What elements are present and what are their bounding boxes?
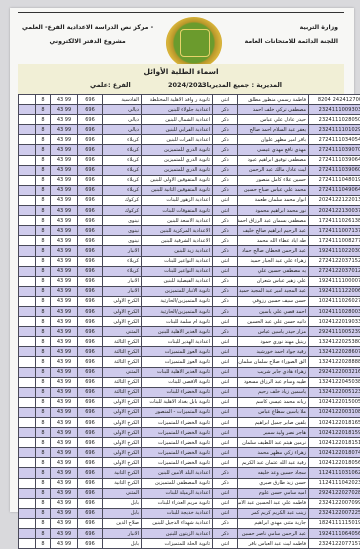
table-row: 5112724122037012يه مصطفى حسين عليانثىاعد… [19, 266, 360, 276]
school-name-cell: اعدادية الرميلة للبنات [142, 488, 213, 498]
table-row: 5332924122027028اميه سامي حسن علومانثىاع… [19, 488, 360, 498]
student-name-cell: يعقر عبد السلام احمد صالح [238, 125, 309, 135]
subject-count-cell: 8 [36, 145, 51, 155]
subject-count-cell: 8 [36, 397, 51, 407]
subject-count-cell: 8 [36, 115, 51, 125]
total-score-cell: 696 [78, 478, 103, 488]
gender-cell: انثى [213, 498, 238, 508]
directorate-cell: بابل [103, 498, 142, 508]
blank-cell [19, 327, 36, 337]
blank-cell [19, 418, 36, 428]
subject-count-cell: 8 [36, 266, 51, 276]
subject-count-cell: 8 [36, 195, 51, 205]
directorate-cell: كربلاء [103, 175, 142, 185]
table-row: 5081724111008277طه اياد عطاء الله محمدذك… [19, 236, 360, 246]
exam-number-cell: 1324122028888 [309, 357, 360, 367]
total-score-cell: 696 [78, 306, 103, 316]
subject-count-cell: 8 [36, 488, 51, 498]
directorate-cell: الكرخ الاولى [103, 418, 142, 428]
student-name-cell: فاطمة رسمي منظور مطلق [238, 95, 309, 105]
gender-cell: ذكر [213, 105, 238, 115]
school-name-cell: اعدادية الهدير للبنات [142, 337, 213, 347]
blank-cell [19, 155, 36, 165]
directorate-cell: الكرخ الثانية [103, 468, 142, 478]
gender-cell: ذكر [213, 296, 238, 306]
average-score-cell: 99 43 [51, 327, 78, 337]
directorate-cell: نينوى [103, 216, 142, 226]
exam-number-cell: 1024122018159 [309, 428, 360, 438]
blank-cell [19, 407, 36, 417]
exam-number-cell: 2024122122013 [309, 195, 360, 205]
directorate-cell: كربلاء [103, 155, 142, 165]
gender-cell: انثى [213, 95, 238, 105]
average-score-cell: 99 43 [51, 438, 78, 448]
subject-count-cell: 8 [36, 185, 51, 195]
blank-cell [19, 458, 36, 468]
exam-number-cell: 1024122003108 [309, 407, 360, 417]
exam-number-cell: 1324122028607 [309, 347, 360, 357]
average-score-cell: 99 43 [51, 226, 78, 236]
directorate-cell: الانبار [103, 246, 142, 256]
gender-cell: ذكر [213, 327, 238, 337]
subject-count-cell: 8 [36, 407, 51, 417]
gender-cell: ذكر [213, 135, 238, 145]
ministry-emblem-icon [166, 17, 222, 69]
exam-number-cell: 2024122130037 [309, 206, 360, 216]
blank-cell [19, 357, 36, 367]
directorate-cell: الكرخ الثالثة [103, 337, 142, 347]
subject-count-cell: 8 [36, 478, 51, 488]
school-name-cell: الاعدادية المركزية للبنين [142, 226, 213, 236]
directorate-cell: كربلاء [103, 135, 142, 145]
blank-cell [19, 428, 36, 438]
total-score-cell: 696 [78, 286, 103, 296]
exam-number-cell: 1024111026027 [309, 296, 360, 306]
gender-cell: ذكر [213, 185, 238, 195]
blank-cell [19, 165, 36, 175]
total-score-cell: 696 [78, 357, 103, 367]
directorate-cell: الكرخ الاولى [103, 428, 142, 438]
total-score-cell: 696 [78, 266, 103, 276]
school-name-cell: ثانوية العوز للمتميزات [142, 347, 213, 357]
school-name-cell: اعدادية الفرابي للبنين [142, 125, 213, 135]
student-name-cell: زهراء علي عبد الجبار حميد [238, 256, 309, 266]
blank-cell [19, 387, 36, 397]
gender-cell: انثى [213, 266, 238, 276]
directorate-cell: كربلاء [103, 185, 142, 195]
total-score-cell: 696 [78, 115, 103, 125]
blank-cell [19, 206, 36, 216]
table-row: 5241024122015005ريانه محمد عيسى كاسمانثى… [19, 397, 360, 407]
directorate-cell: كركوك [103, 206, 142, 216]
student-name-cell: زينب عبد الكريم كريم كمر [238, 508, 309, 512]
exam-number-cell: 1724111026138 [309, 216, 360, 226]
subject-count-cell: 8 [36, 95, 51, 105]
total-score-cell: 696 [78, 317, 103, 327]
emblem-book-icon [180, 29, 210, 57]
total-score-cell: 696 [78, 377, 103, 387]
table-row: 4952324111009303مصطفى تركي خلف احمدذكراع… [19, 105, 360, 115]
school-name-cell: ثانوية الدري للمتميزين [142, 145, 213, 155]
directorate-cell: ديالى [103, 105, 142, 115]
table-row: 5131924111122006عبد المجيد امير عبد المج… [19, 286, 360, 296]
blank-cell [19, 145, 36, 155]
directorate-cell: المثنى [103, 367, 142, 377]
subject-count-cell: 8 [36, 306, 51, 316]
school-name-cell: ثانوية العوز للمتميزات [142, 357, 213, 367]
total-score-cell: 696 [78, 256, 103, 266]
average-score-cell: 99 43 [51, 206, 78, 216]
blank-cell [19, 306, 36, 316]
directorate-cell: ديالى [103, 125, 142, 135]
exam-number-cell: 2324111028050 [309, 115, 360, 125]
directorate-label: المديرية : جميع المديريات [200, 81, 282, 89]
exam-number-cell: 2324122007099 [309, 498, 360, 508]
table-row: 5102724122037152زهراء علي عبد الجبار حمي… [19, 256, 360, 266]
gender-cell: انثى [213, 508, 238, 512]
average-score-cell: 99 43 [51, 508, 78, 512]
table-row: 5281024122018151نرمين هيثم عبد اللطيف سل… [19, 438, 360, 448]
subject-count-cell: 8 [36, 357, 51, 367]
table-row: 5352324122007225زينب عبد الكريم كريم كمر… [19, 508, 360, 512]
title-band: اسماء الطلبة الأوائل المديرية : جميع الم… [18, 64, 344, 94]
school-name-cell: ثانوية الخضراء للمتميزات [142, 428, 213, 438]
average-score-cell: 99 43 [51, 448, 78, 458]
gender-cell: انثى [213, 357, 238, 367]
directorate-cell: الكرخ الاولى [103, 306, 142, 316]
subject-count-cell: 8 [36, 236, 51, 246]
exam-number-cell: 2924122027028 [309, 488, 360, 498]
gender-cell: ذكر [213, 165, 238, 175]
average-score-cell: 99 43 [51, 195, 78, 205]
blank-cell [19, 195, 36, 205]
directorate-cell: المثنى [103, 488, 142, 498]
total-score-cell: 696 [78, 347, 103, 357]
directorate-cell: الكرخ الاولى [103, 407, 142, 417]
total-score-cell: 696 [78, 125, 103, 135]
subject-count-cell: 8 [36, 135, 51, 145]
school-name-cell: اعدادية الشمال للبنين [142, 115, 213, 125]
table-row: 5231324122005123ياسمين زياد خلف رحيمانثى… [19, 387, 360, 397]
school-name-cell: ثانوية المتميزات - المنصور [142, 407, 213, 417]
subject-count-cell: 8 [36, 165, 51, 175]
gender-cell: انثى [213, 428, 238, 438]
school-name-cell: اعدادية جلولاء للبنين [142, 105, 213, 115]
directorate-cell: بابل [103, 508, 142, 512]
exam-number-cell: 2324111101029 [309, 125, 360, 135]
average-score-cell: 99 43 [51, 185, 78, 195]
exam-number-cell: 2324122007225 [309, 508, 360, 512]
directorate-cell: الكرخ الاولى [103, 458, 142, 468]
blank-cell [19, 317, 36, 327]
table-row: 4992724111039070مهدي نافع مهدي عيسىذكرثا… [19, 145, 360, 155]
table-row: 5251024122003108ملا ياسين سطاع عباسانثىث… [19, 407, 360, 417]
table-row: 5221324122045038طيبه وسام عبد الرزاق مسع… [19, 377, 360, 387]
table-row: 5342324122007099فاطمه علي عبد الحسين عبد… [19, 498, 360, 508]
table-row: 5151024111028003احمد قصي علي ياسينذكرثان… [19, 306, 360, 316]
subject-count-cell: 8 [36, 367, 51, 377]
subject-count-cell: 8 [36, 256, 51, 266]
student-name-cell: زهراء هادي جابر شريب [238, 367, 309, 377]
subject-count-cell: 8 [36, 387, 51, 397]
total-score-cell: 696 [78, 185, 103, 195]
gender-cell: انثى [213, 418, 238, 428]
table-row: 494242412700 8204فاطمة رسمي منظور مطلقان… [19, 95, 360, 105]
school-name-cell: ثانوية الغدير الاهلية للبنات [142, 367, 213, 377]
gender-cell: انثى [213, 347, 238, 357]
student-name-cell: نور محمد ابراهيم محمود [238, 206, 309, 216]
total-score-cell: 696 [78, 105, 103, 115]
average-score-cell: 99 43 [51, 276, 78, 286]
blank-cell [19, 216, 36, 226]
subject-count-cell: 8 [36, 327, 51, 337]
table-row: 5191324122028607رقية جواد احمد خورشيدانث… [19, 347, 360, 357]
school-name-cell: اعدادية الفيصلية للبنين [142, 276, 213, 286]
directorate-cell: ديالى [103, 115, 142, 125]
total-score-cell: 696 [78, 488, 103, 498]
school-name-cell: ثانوية الخضراء للمتميزات [142, 438, 213, 448]
subject-count-cell: 8 [36, 337, 51, 347]
table-row: 4982724111034054باقر امير مظهر علوانذكرا… [19, 135, 360, 145]
blank-cell [19, 478, 36, 488]
branch-label: الفرع :علمي [90, 81, 131, 89]
exam-number-cell: 1024122018165 [309, 418, 360, 428]
table-row: 4962324111028050حيدر عادل علي عباسذكراعد… [19, 115, 360, 125]
student-name-cell: رقية عبد الله عثمان عبد الكريم [238, 458, 309, 468]
school-name-cell: اعدادية خديجة للبنات [142, 508, 213, 512]
school-name-cell: ثانوية المتفوقين الاولى للبنين [142, 175, 213, 185]
school-name-cell: ثانوية الدري للمتميزين [142, 165, 213, 175]
school-name-cell: ثانوية الخضراء للبنات [142, 387, 213, 397]
subject-count-cell: 8 [36, 468, 51, 478]
exam-number-cell: 1924111100007 [309, 276, 360, 286]
student-name-cell: ليث عادل مالك عبد الرحمن [238, 165, 309, 175]
average-score-cell: 99 43 [51, 145, 78, 155]
gender-cell: ذكر [213, 236, 238, 246]
average-score-cell: 99 43 [51, 458, 78, 468]
school-name-cell: ثانوية الغدير الاهلية للبنين [142, 327, 213, 337]
student-name-cell: حسين علاء كامل منصور [238, 175, 309, 185]
total-score-cell: 696 [78, 327, 103, 337]
gender-cell: ذكر [213, 286, 238, 296]
student-name-cell: انوار محمد سلمان طعمة [238, 195, 309, 205]
table-row: 5212924122003216زهراء هادي جابر شريبانثى… [19, 367, 360, 377]
blank-cell [19, 236, 36, 246]
subject-count-cell: 8 [36, 317, 51, 327]
average-score-cell: 99 43 [51, 377, 78, 387]
average-score-cell: 99 43 [51, 428, 78, 438]
blank-cell [19, 276, 36, 286]
exam-number-cell: 1724111007137 [309, 226, 360, 236]
subject-count-cell: 8 [36, 276, 51, 286]
school-name-cell: ثانوية المتميزين/الحارثية [142, 296, 213, 306]
gender-cell: انثى [213, 438, 238, 448]
student-name-cell: حسن زيد طارق صبري [238, 478, 309, 488]
school-name-cell: ثانوية الاقصى للبنات [142, 377, 213, 387]
directorate-cell: الكرخ الثالثة [103, 377, 142, 387]
project-name: مشروع الدفتر الالكتروني [22, 35, 153, 49]
student-name-cell: مهدي نافع مهدي عيسى [238, 145, 309, 155]
student-name-cell: دانيه حسن علي عبد الحسين [238, 317, 309, 327]
gender-cell: انثى [213, 206, 238, 216]
blank-cell [19, 337, 36, 347]
table-row: 5042024122122013انوار محمد سلمان طعمةانث… [19, 195, 360, 205]
school-name-cell: ثانوية ر وافد الاهلية المختلطة [142, 95, 213, 105]
blank-cell [19, 367, 36, 377]
gender-cell: انثى [213, 407, 238, 417]
student-name-cell: هاجر نصر وليد سمير [238, 428, 309, 438]
average-score-cell: 99 43 [51, 317, 78, 327]
meta-row: المديرية : جميع المديريات 2024/2023 الفر… [18, 81, 344, 93]
school-name-cell: الاعدادية الشرقية للبنين [142, 236, 213, 246]
student-name-cell: طيبه وسام عبد الرزاق مسعود [238, 377, 309, 387]
directorate-cell: كربلاء [103, 145, 142, 155]
total-score-cell: 696 [78, 438, 103, 448]
average-score-cell: 99 43 [51, 347, 78, 357]
exam-number-cell: 1024122018074 [309, 448, 360, 458]
school-name-cell: اعدادية الزهور للبنات [142, 195, 213, 205]
subject-count-cell: 8 [36, 125, 51, 135]
blank-cell [19, 468, 36, 478]
blank-cell [19, 508, 36, 512]
student-name-cell: فاطمه علي عبد الحسين عبد الامير [238, 498, 309, 508]
total-score-cell: 696 [78, 236, 103, 246]
exam-number-cell: 1024122019033 [309, 317, 360, 327]
total-score-cell: 696 [78, 135, 103, 145]
gender-cell: انثى [213, 397, 238, 407]
average-score-cell: 99 43 [51, 95, 78, 105]
table-row: 5311124111031062سجاد حسين وعد خليفهذكراع… [19, 468, 360, 478]
school-name-cell: ثانوية الانبار للمتميزين [142, 286, 213, 296]
ministry-name: وزارة التربية [245, 21, 338, 35]
student-name-cell: مصطفى توفيق ابراهيم عبود [238, 155, 309, 165]
average-score-cell: 99 43 [51, 256, 78, 266]
school-name-cell: ثانوية الخضراء للمتميزات [142, 458, 213, 468]
average-score-cell: 99 43 [51, 498, 78, 508]
directorate-cell: الكرخ الاولى [103, 397, 142, 407]
table-row: 5091924111022030عبد الرحمن قحطان صالح حم… [19, 246, 360, 256]
student-name-cell: مصطفى تركي خلف احمد [238, 105, 309, 115]
blank-cell [19, 95, 36, 105]
table-row: 5181324122025380ريتيل مهند نوري حمودانثى… [19, 337, 360, 347]
blank-cell [19, 185, 36, 195]
directorate-cell: نينوى [103, 226, 142, 236]
directorate-cell: كركوك [103, 195, 142, 205]
average-score-cell: 99 43 [51, 155, 78, 165]
blank-cell [19, 266, 36, 276]
directorate-cell: الكرخ الثالثة [103, 347, 142, 357]
gender-cell: انثى [213, 337, 238, 347]
student-name-cell: ريانه محمد عيسى كاسم [238, 397, 309, 407]
subject-count-cell: 8 [36, 105, 51, 115]
exam-number-cell: 1024122018151 [309, 438, 360, 448]
exam-number-cell: 2724111039070 [309, 145, 360, 155]
gender-cell: ذكر [213, 145, 238, 155]
exam-number-cell: 2324111009303 [309, 105, 360, 115]
total-score-cell: 696 [78, 428, 103, 438]
blank-cell [19, 226, 36, 236]
total-score-cell: 696 [78, 246, 103, 256]
average-score-cell: 99 43 [51, 135, 78, 145]
average-score-cell: 99 43 [51, 266, 78, 276]
total-score-cell: 696 [78, 387, 103, 397]
table-row: 5271024122018159هاجر نصر وليد سميرانثىثا… [19, 428, 360, 438]
total-score-cell: 696 [78, 397, 103, 407]
table-row: 5321124111042023حسن زيد طارق صبريذكرثانو… [19, 478, 360, 488]
subject-count-cell: 8 [36, 246, 51, 256]
student-name-cell: اميه سامي حسن علوم [238, 488, 309, 498]
table-row: 5172924111005239مزار حيدر ياسين عباسذكرث… [19, 327, 360, 337]
average-score-cell: 99 43 [51, 246, 78, 256]
total-score-cell: 696 [78, 337, 103, 347]
blank-cell [19, 377, 36, 387]
exam-number-cell: 1324122025380 [309, 337, 360, 347]
gender-cell: انثى [213, 458, 238, 468]
total-score-cell: 696 [78, 276, 103, 286]
table-row: 5022724111048019حسين علاء كامل منصورذكرث… [19, 175, 360, 185]
total-score-cell: 696 [78, 145, 103, 155]
total-score-cell: 696 [78, 458, 103, 468]
header-right: وزارة التربية اللجنة الدائمة للامتحانات … [245, 21, 338, 49]
average-score-cell: 99 43 [51, 367, 78, 377]
table-row: 5012724111039060ليث عادل مالك عبد الرحمن… [19, 165, 360, 175]
total-score-cell: 696 [78, 155, 103, 165]
student-name-cell: علي زهير عباس شعران [238, 276, 309, 286]
student-name-cell: عبد الرحمن قحطان صالح حماد [238, 246, 309, 256]
exam-number-cell: 2724111039060 [309, 165, 360, 175]
subject-count-cell: 8 [36, 216, 51, 226]
student-name-cell: بلقين صابر جميل ابراهيم [238, 418, 309, 428]
school-name-cell: ثانوية المتفوقين الثانية للبنين [142, 185, 213, 195]
exam-number-cell: 1324122045038 [309, 377, 360, 387]
exam-number-cell: 2924122003216 [309, 367, 360, 377]
total-score-cell: 696 [78, 407, 103, 417]
blank-cell [19, 256, 36, 266]
student-name-cell: طه اياد عطاء الله محمد [238, 236, 309, 246]
exam-number-cell: 242412700 8204 [309, 95, 360, 105]
gender-cell: انثى [213, 488, 238, 498]
average-score-cell: 99 43 [51, 468, 78, 478]
blank-cell [19, 438, 36, 448]
gender-cell: انثى [213, 367, 238, 377]
directorate-cell: كربلاء [103, 266, 142, 276]
school-name-cell: ثانوية المصطفى للمتميزين [142, 478, 213, 488]
blank-cell [19, 347, 36, 357]
directorate-cell: الكرخ الاولى [103, 448, 142, 458]
table-row: 5201324122028888الق الصوراء صلاح سلمان س… [19, 357, 360, 367]
average-score-cell: 99 43 [51, 387, 78, 397]
student-name-cell: نرمين هيثم عبد اللطيف سلمان [238, 438, 309, 448]
total-score-cell: 696 [78, 165, 103, 175]
directorate-cell: القادسية [103, 95, 142, 105]
student-name-cell: يه مصطفى حسين علي [238, 266, 309, 276]
average-score-cell: 99 43 [51, 175, 78, 185]
student-name-cell: مصطفى بسمان عبد الرزاق احمد [238, 216, 309, 226]
gender-cell: ذكر [213, 125, 238, 135]
gender-cell: انثى [213, 256, 238, 266]
gender-cell: انثى [213, 317, 238, 327]
student-name-cell: ملا ياسين سطاع عباس [238, 407, 309, 417]
student-name-cell: سجاد حسين وعد خليفه [238, 468, 309, 478]
table-row: 5261024122018165بلقين صابر جميل ابراهيما… [19, 418, 360, 428]
school-name-cell: اعدادية النواعير للبنات [142, 256, 213, 266]
document-header: وزارة التربية اللجنة الدائمة للامتحانات … [18, 12, 344, 67]
gender-cell: ذكر [213, 276, 238, 286]
directorate-cell: الكرخ الاولى [103, 438, 142, 448]
subject-count-cell: 8 [36, 508, 51, 512]
subject-count-cell: 8 [36, 286, 51, 296]
blank-cell [19, 125, 36, 135]
